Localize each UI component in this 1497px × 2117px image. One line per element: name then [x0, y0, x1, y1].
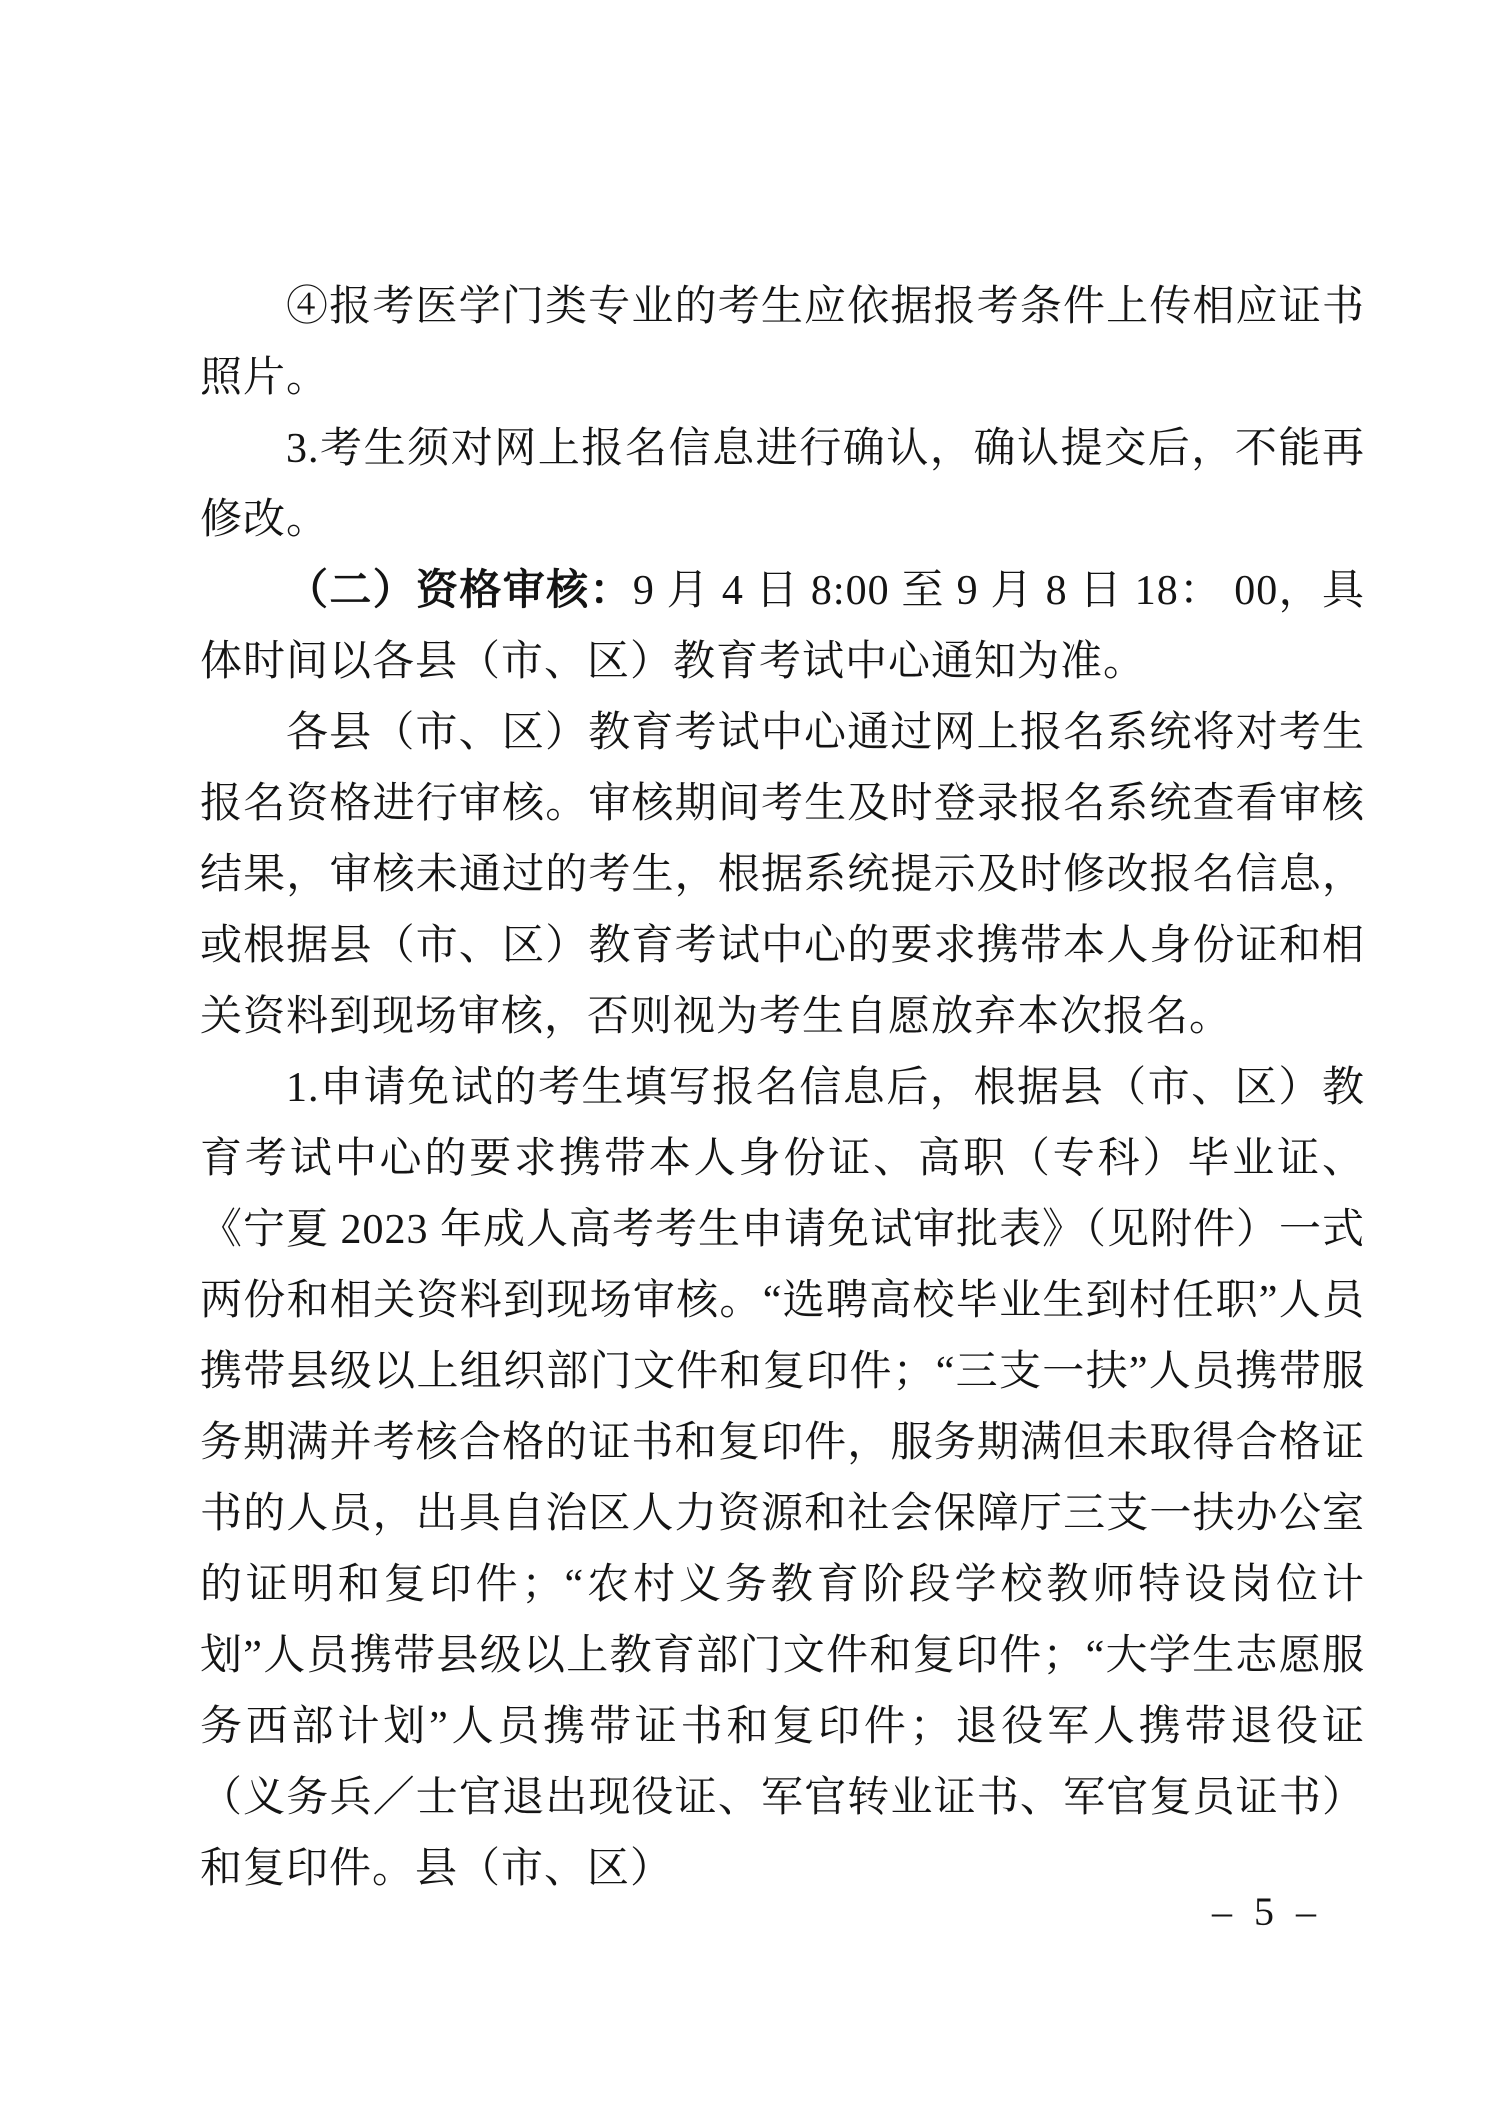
- document-body: ④报考医学门类专业的考生应依据报考条件上传相应证书照片。 3.考生须对网上报名信…: [200, 272, 1365, 1905]
- paragraph-exemption-application: 1.申请免试的考生填写报名信息后，根据县（市、区）教育考试中心的要求携带本人身份…: [200, 1053, 1365, 1905]
- paragraph-confirm-registration-info: 3.考生须对网上报名信息进行确认，确认提交后，不能再修改。: [200, 414, 1365, 556]
- paragraph-review-process: 各县（市、区）教育考试中心通过网上报名系统将对考生报名资格进行审核。审核期间考生…: [200, 698, 1365, 1053]
- section-heading-qualification-review: （二）资格审核：: [286, 568, 633, 614]
- document-page: ④报考医学门类专业的考生应依据报考条件上传相应证书照片。 3.考生须对网上报名信…: [0, 0, 1497, 2117]
- paragraph-qualification-review: （二）资格审核：9 月 4 日 8:00 至 9 月 8 日 18： 00，具体…: [200, 556, 1365, 698]
- page-number: – 5 –: [1212, 1888, 1322, 1936]
- paragraph-certificate-photo-upload: ④报考医学门类专业的考生应依据报考条件上传相应证书照片。: [200, 272, 1365, 414]
